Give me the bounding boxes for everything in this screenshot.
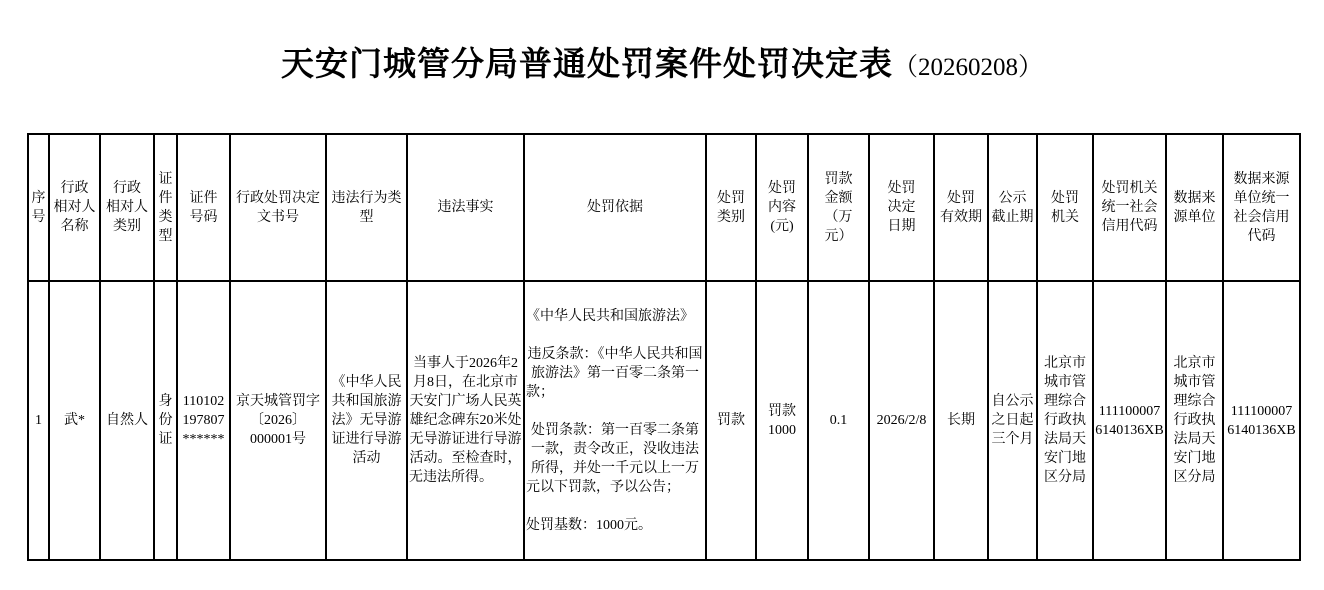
cell-source-unit: 北京市 城市管 理综合 行政执 法局天 安门地 区分局 — [1166, 281, 1223, 560]
cell-doc-number: 京天城管罚字 〔2026〕 000001号 — [230, 281, 326, 560]
page-title-text: 天安门城管分局普通处罚案件处罚决定表 — [281, 47, 893, 83]
column-header-source-unit: 数据来 源单位 — [1166, 134, 1223, 281]
cell-name: 武* — [49, 281, 100, 560]
penalty-decision-table: 序 号 行政 相对人 名称 行政 相对人 类别 证 件 类 型 证件 号码 行政… — [27, 133, 1301, 561]
column-header-violation-type: 违法行为类 型 — [326, 134, 407, 281]
column-header-penalty-content: 处罚 内容 (元) — [756, 134, 808, 281]
cell-fine-amount: 0.1 — [808, 281, 869, 560]
cell-category: 自然人 — [100, 281, 154, 560]
cell-serial: 1 — [28, 281, 49, 560]
cell-authority: 北京市 城市管 理综合 行政执 法局天 安门地 区分局 — [1037, 281, 1093, 560]
column-header-facts: 违法事实 — [407, 134, 524, 281]
column-header-serial: 序 号 — [28, 134, 49, 281]
cell-validity: 长期 — [934, 281, 988, 560]
column-header-category: 行政 相对人 类别 — [100, 134, 154, 281]
cell-violation-type: 《中华人民共和国旅游法》无导游证进行导游活动 — [326, 281, 407, 560]
cell-id-number: 110102 197807 ****** — [177, 281, 230, 560]
cell-id-type: 身 份 证 — [154, 281, 177, 560]
cell-facts: 当事人于2026年2月8日，在北京市天安门广场人民英雄纪念碑东20米处无导游证进… — [407, 281, 524, 560]
column-header-source-code: 数据来源 单位统一 社会信用 代码 — [1223, 134, 1300, 281]
page-title: 天安门城管分局普通处罚案件处罚决定表（20260208） — [0, 42, 1324, 91]
column-header-publicity-deadline: 公示 截止期 — [988, 134, 1037, 281]
column-header-id-type: 证 件 类 型 — [154, 134, 177, 281]
column-header-authority-code: 处罚机关 统一社会 信用代码 — [1093, 134, 1166, 281]
cell-source-code: 111100007 6140136XB — [1223, 281, 1300, 560]
column-header-name: 行政 相对人 名称 — [49, 134, 100, 281]
column-header-id-number: 证件 号码 — [177, 134, 230, 281]
cell-penalty-category: 罚款 — [706, 281, 756, 560]
column-header-authority: 处罚 机关 — [1037, 134, 1093, 281]
header-row: 序 号 行政 相对人 名称 行政 相对人 类别 证 件 类 型 证件 号码 行政… — [28, 134, 1300, 281]
column-header-decision-date: 处罚 决定 日期 — [869, 134, 934, 281]
cell-authority-code: 111100007 6140136XB — [1093, 281, 1166, 560]
cell-basis: 《中华人民共和国旅游法》 违反条款：《中华人民共和国旅游法》第一百零二条第一款；… — [524, 281, 706, 560]
page-title-date: （20260208） — [893, 54, 1043, 81]
column-header-validity: 处罚 有效期 — [934, 134, 988, 281]
cell-publicity-deadline: 自公示 之日起 三个月 — [988, 281, 1037, 560]
table-row: 1 武* 自然人 身 份 证 110102 197807 ****** 京天城管… — [28, 281, 1300, 560]
cell-decision-date: 2026/2/8 — [869, 281, 934, 560]
column-header-doc-number: 行政处罚决定 文书号 — [230, 134, 326, 281]
column-header-basis: 处罚依据 — [524, 134, 706, 281]
column-header-fine-amount: 罚款 金额 （万 元） — [808, 134, 869, 281]
column-header-penalty-category: 处罚 类别 — [706, 134, 756, 281]
cell-penalty-content: 罚款 1000 — [756, 281, 808, 560]
